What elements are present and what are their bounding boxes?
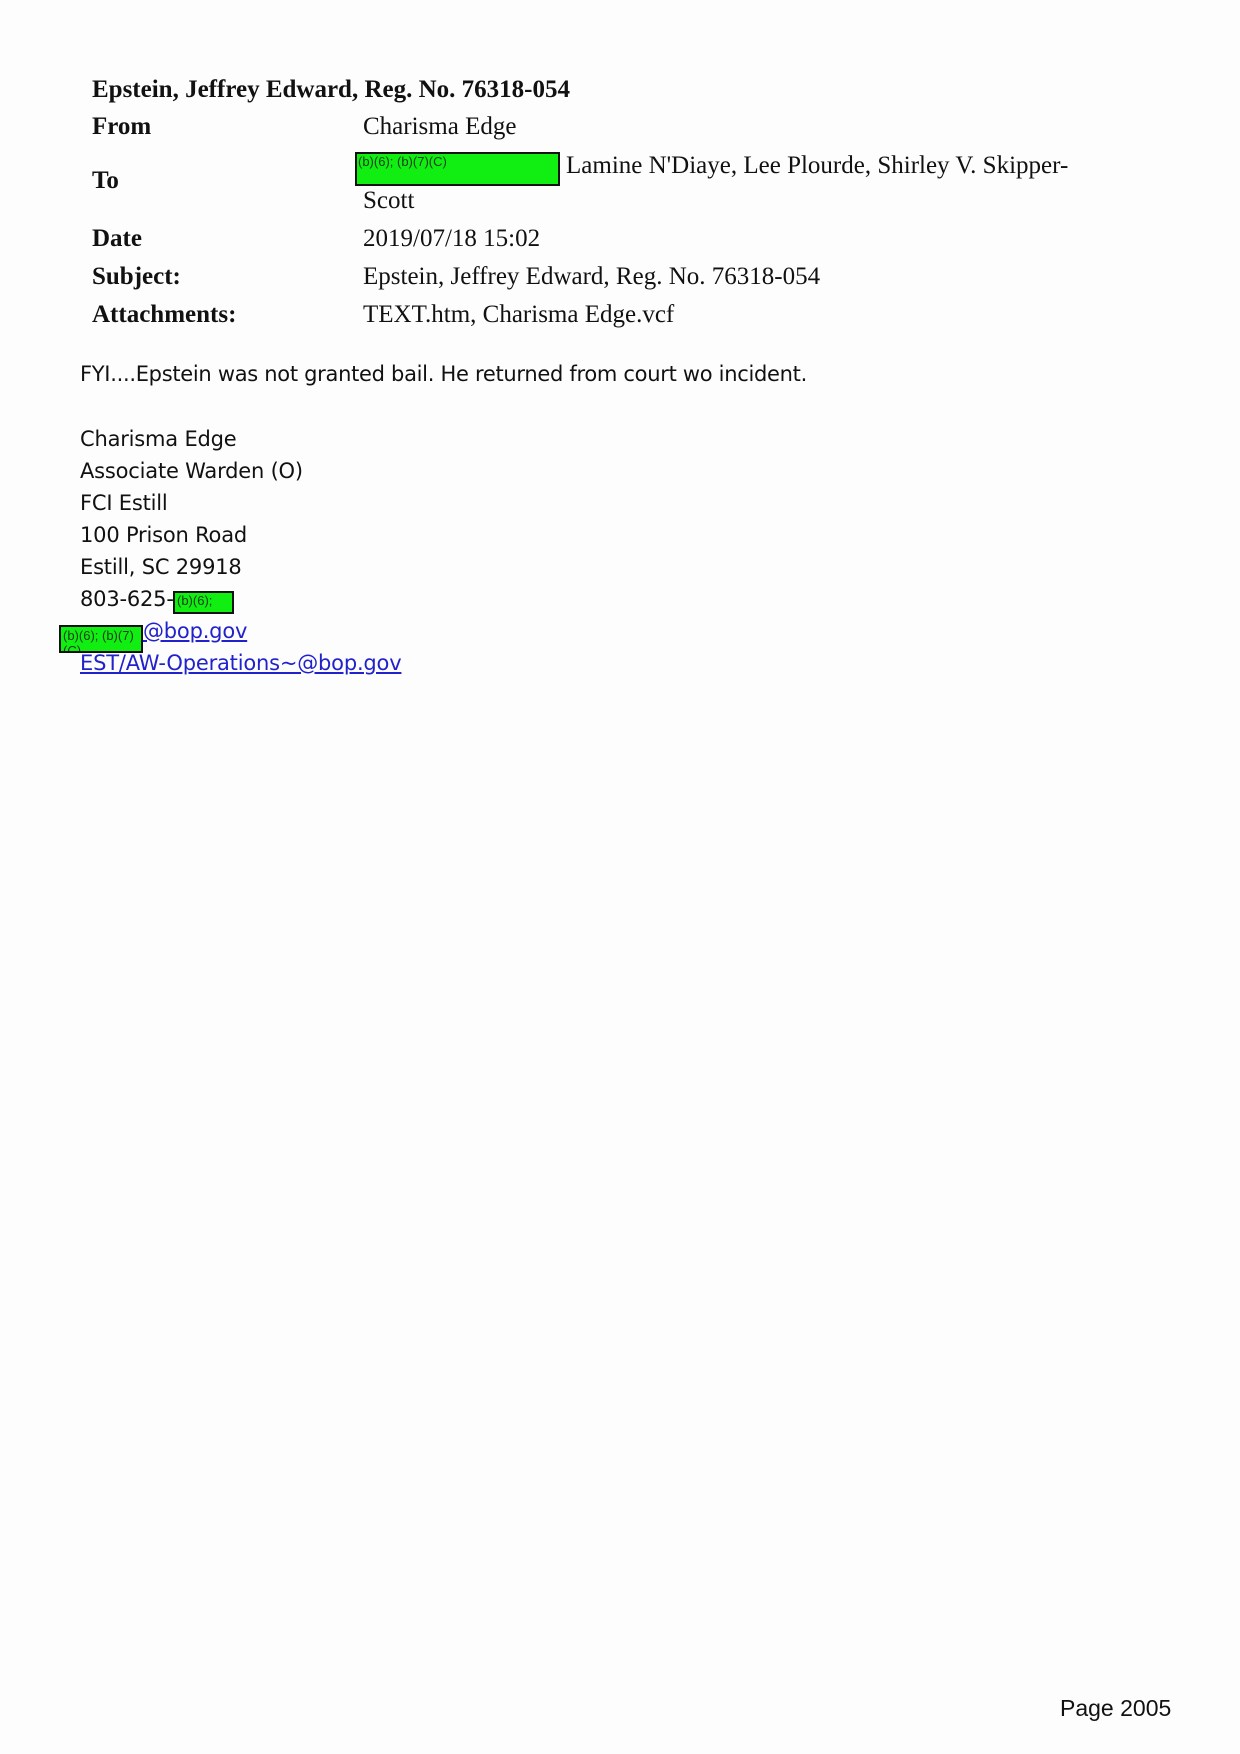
signature-city: Estill, SC 29918: [80, 555, 242, 579]
attachments-value[interactable]: TEXT.htm, Charisma Edge.vcf: [363, 301, 674, 329]
to-recipients: Lamine N'Diaye, Lee Plourde, Shirley V. …: [566, 152, 1068, 180]
signature-street: 100 Prison Road: [80, 523, 247, 547]
signature-facility: FCI Estill: [80, 491, 168, 515]
email-link[interactable]: @bop.gov: [143, 619, 247, 643]
subject-label: Subject:: [92, 263, 181, 291]
message-body: FYI....Epstein was not granted bail. He …: [80, 362, 807, 386]
from-value: Charisma Edge: [363, 113, 516, 141]
subject-value: Epstein, Jeffrey Edward, Reg. No. 76318-…: [363, 263, 820, 291]
attachments-label: Attachments:: [92, 301, 236, 329]
date-label: Date: [92, 225, 142, 253]
to-label: To: [92, 167, 119, 195]
redaction-box-to: (b)(6); (b)(7)(C): [355, 152, 560, 186]
page-number: Page 2005: [1060, 1695, 1171, 1722]
signature-title: Associate Warden (O): [80, 459, 303, 483]
signature-name: Charisma Edge: [80, 427, 237, 451]
document-title: Epstein, Jeffrey Edward, Reg. No. 76318-…: [92, 76, 570, 104]
redaction-box-email: (b)(6); (b)(7)(C): [59, 625, 143, 653]
signature-phone: 803-625-: [80, 587, 174, 611]
to-recipients-continued: Scott: [363, 187, 414, 215]
redaction-box-phone: (b)(6);: [173, 591, 234, 614]
from-label: From: [92, 113, 151, 141]
group-email-link[interactable]: EST/AW-Operations~@bop.gov: [80, 651, 401, 675]
date-value: 2019/07/18 15:02: [363, 225, 540, 253]
